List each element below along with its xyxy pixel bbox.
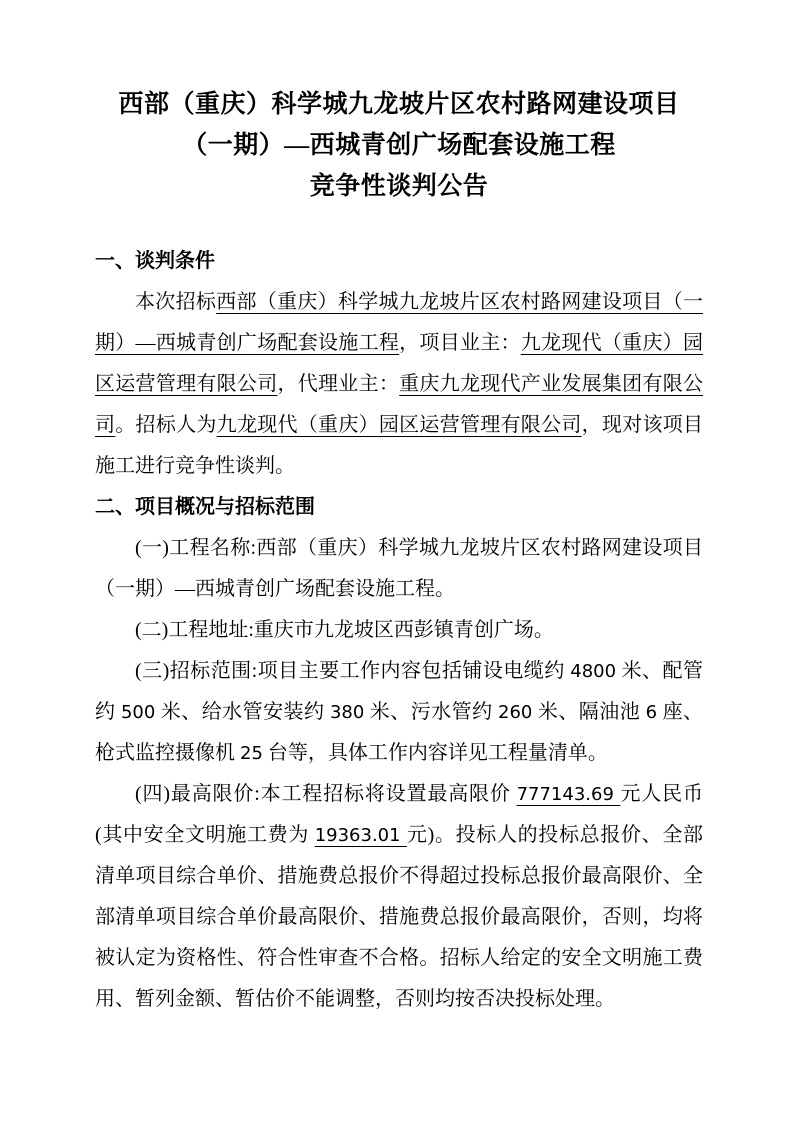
section-negotiation-conditions: 一、谈判条件 本次招标西部（重庆）科学城九龙坡片区农村路网建设项目（一期）—西城… [95,241,703,487]
document-page: 西部（重庆）科学城九龙坡片区农村路网建设项目 （一期）—西城青创广场配套设施工程… [0,0,793,1122]
text-segment: 元)。投标人的投标总报价、全部清单项目综合单价、措施费总报价不得超过投标总报价最… [95,824,703,1010]
section-project-overview: 二、项目概况与招标范围 (一)工程名称:西部（重庆）科学城九龙坡片区农村路网建设… [95,487,703,1020]
underlined-text-segment: 九龙现代（重庆）园区运营管理有限公司 [217,414,582,436]
text-segment: 台等，具体工作内容详见工程量清单。 [263,742,608,764]
text-segment: 6 [646,702,657,723]
paragraph-tender-scope: (三)招标范围:项目主要工作内容包括铺设电缆约 4800 米、配管约 500 米… [95,651,703,774]
text-segment: 米、给水管安装约 [155,701,330,723]
text-segment: (四)最高限价:本工程招标将设置最高限价 [135,783,517,805]
text-segment: (三)招标范围:项目主要工作内容包括铺设电缆约 [135,660,570,682]
text-segment: 米、隔油池 [532,701,645,723]
underlined-text-segment: 19363.01 [315,825,407,846]
text-segment: 380 [330,702,364,723]
paragraph-project-address: (二)工程地址:重庆市九龙坡区西彭镇青创广场。 [95,610,703,651]
text-segment: 260 [498,702,532,723]
paragraph-project-name: (一)工程名称:西部（重庆）科学城九龙坡片区农村路网建设项目（一期）—西城青创广… [95,528,703,610]
document-title-line-2: （一期）—西城青创广场配套设施工程 [95,125,703,166]
text-segment: 4800 [570,661,616,682]
paragraph-negotiation-conditions: 本次招标西部（重庆）科学城九龙坡片区农村路网建设项目（一期）—西城青创广场配套设… [95,282,703,487]
text-segment: 。招标人为 [115,414,216,436]
section-heading-2: 二、项目概况与招标范围 [95,487,703,528]
section-heading-1: 一、谈判条件 [95,241,703,282]
text-segment: ，代理业主： [277,373,399,395]
text-segment: ，项目业主： [399,332,521,354]
text-segment: (一)工程名称:西部（重庆）科学城九龙坡片区农村路网建设项目（一期）—西城青创广… [95,537,703,600]
text-segment: 500 [121,702,155,723]
text-segment: (二)工程地址:重庆市九龙坡区西彭镇青创广场。 [135,619,554,641]
text-segment: 米、污水管约 [364,701,498,723]
document-title-line-3: 竞争性谈判公告 [95,166,703,207]
paragraph-max-price: (四)最高限价:本工程招标将设置最高限价 777143.69 元人民币(其中安全… [95,774,703,1020]
document-title-line-1: 西部（重庆）科学城九龙坡片区农村路网建设项目 [95,84,703,125]
text-segment: 25 [240,743,263,764]
underlined-text-segment: 777143.69 [517,784,621,805]
text-segment: 本次招标 [135,291,216,313]
document-title: 西部（重庆）科学城九龙坡片区农村路网建设项目 （一期）—西城青创广场配套设施工程… [95,84,703,207]
